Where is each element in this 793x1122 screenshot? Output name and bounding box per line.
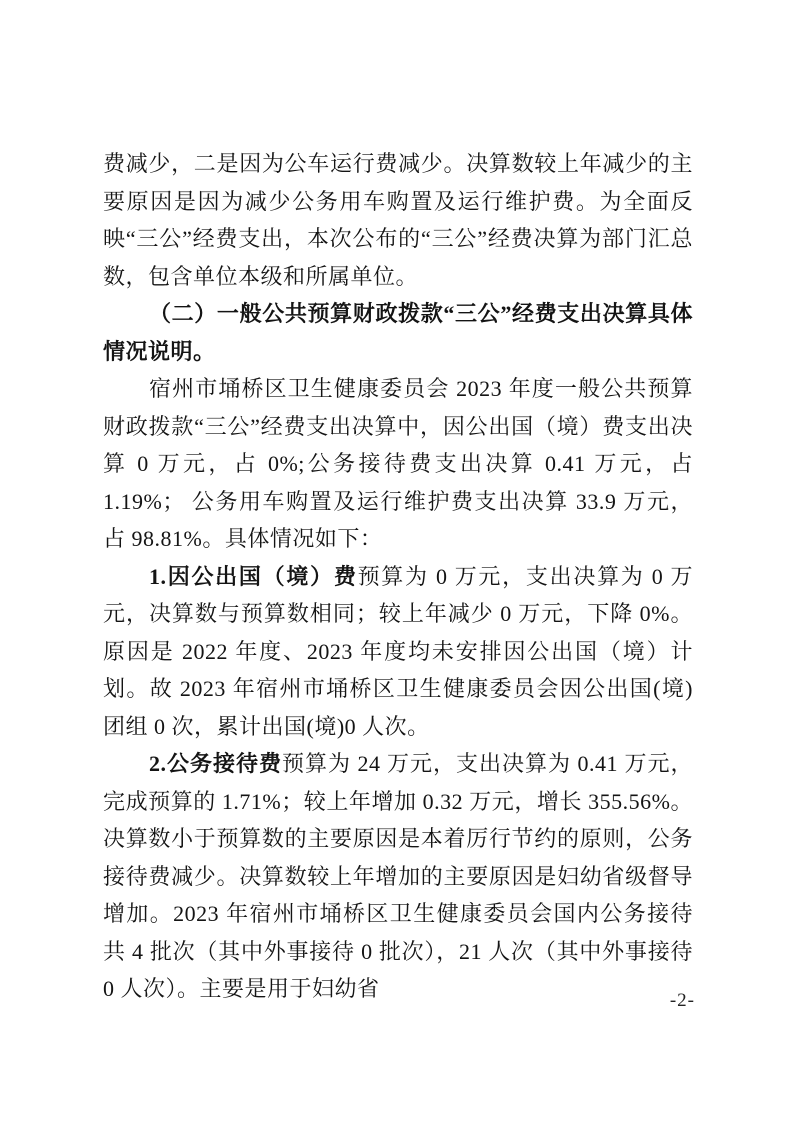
paragraph-body: 2.公务接待费预算为 24 万元，支出决算为 0.41 万元，完成预算的 1.7… xyxy=(103,745,693,1008)
text-segment: 预算为 24 万元，支出决算为 0.41 万元，完成预算的 1.71%；较上年增… xyxy=(103,751,693,1001)
bold-text-segment: （二）一般公共预算财政拨款“三公”经费支出决算具体情况说明。 xyxy=(103,301,693,364)
text-segment: 预算为 0 万元，支出决算为 0 万元，决算数与预算数相同；较上年减少 0 万元… xyxy=(103,564,693,739)
paragraph-body: 1.因公出国（境）费预算为 0 万元，支出决算为 0 万元，决算数与预算数相同；… xyxy=(103,558,693,746)
paragraph-body: 宿州市埇桥区卫生健康委员会 2023 年度一般公共预算财政拨款“三公”经费支出决… xyxy=(103,370,693,558)
text-segment: 费减少，二是因为公车运行费减少。决算数较上年减少的主要原因是因为减少公务用车购置… xyxy=(103,151,693,289)
paragraph-body: 费减少，二是因为公车运行费减少。决算数较上年减少的主要原因是因为减少公务用车购置… xyxy=(103,145,693,295)
bold-text-segment: 1.因公出国（境）费 xyxy=(149,564,358,589)
text-segment: 宿州市埇桥区卫生健康委员会 2023 年度一般公共预算财政拨款“三公”经费支出决… xyxy=(103,376,693,551)
paragraph-heading: （二）一般公共预算财政拨款“三公”经费支出决算具体情况说明。 xyxy=(103,295,693,370)
document-body: 费减少，二是因为公车运行费减少。决算数较上年减少的主要原因是因为减少公务用车购置… xyxy=(103,145,693,1008)
document-page: 费减少，二是因为公车运行费减少。决算数较上年减少的主要原因是因为减少公务用车购置… xyxy=(0,0,793,1122)
page-number: -2- xyxy=(670,990,695,1012)
bold-text-segment: 2.公务接待费 xyxy=(149,751,282,776)
